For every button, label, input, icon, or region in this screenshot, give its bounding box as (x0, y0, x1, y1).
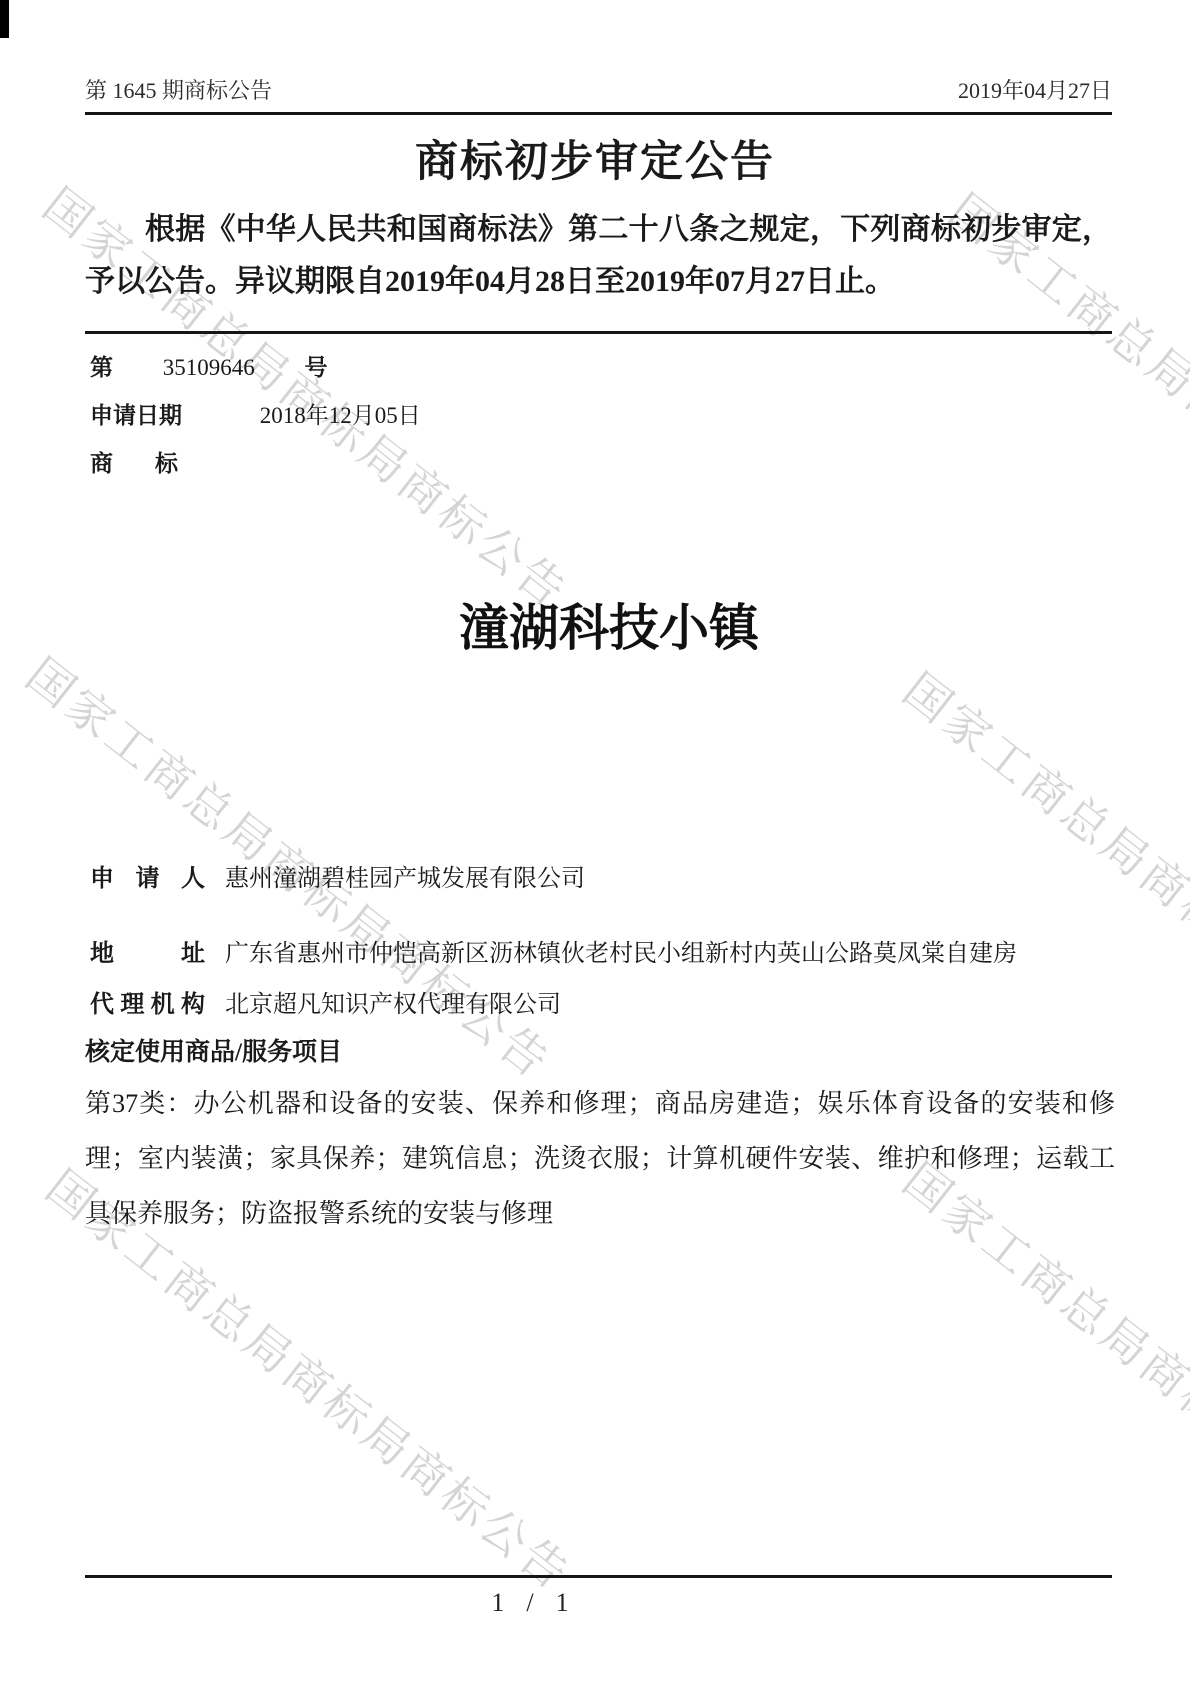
scan-artifact (0, 0, 9, 38)
gazette-page: 国家工商总局商标局商标公告 国家工商总局商标局商标公告 国家工商总局商标局商标公… (0, 0, 1190, 1684)
page-title: 商标初步审定公告 (0, 128, 1190, 189)
registration-suffix: 号 (305, 355, 328, 380)
address-value: 广东省惠州市仲恺高新区沥林镇伙老村民小组新村内英山公路莫凤棠自建房 (225, 941, 1017, 967)
watermark-middle-right: 国家工商总局商标局商标公告 (891, 655, 1190, 1107)
header-divider (85, 112, 1112, 115)
applicant-value: 惠州潼湖碧桂园产城发展有限公司 (225, 866, 585, 892)
total-pages: 1 (556, 1588, 569, 1617)
agency-value: 北京超凡知识产权代理有限公司 (225, 992, 561, 1018)
agency-row: 代理机构 北京超凡知识产权代理有限公司 (90, 984, 561, 1019)
services-text: 第37类：办公机器和设备的安装、保养和修理；商品房建造；娱乐体育设备的安装和修理… (85, 1076, 1115, 1241)
page-separator: / (526, 1588, 533, 1617)
agency-label: 代理机构 (90, 984, 205, 1019)
registration-prefix: 第 (90, 355, 113, 380)
applicant-row: 申请人 惠州潼湖碧桂园产城发展有限公司 (90, 858, 585, 893)
registration-number: 35109646 (163, 355, 255, 380)
current-page: 1 (491, 1588, 504, 1617)
trademark-label: 商标 (90, 445, 178, 478)
apply-date-value: 2018年12月05日 (260, 403, 421, 428)
header-date: 2019年04月27日 (85, 74, 1112, 105)
registration-number-row: 第 35109646 号 (90, 349, 328, 382)
services-heading: 核定使用商品/服务项目 (85, 1032, 342, 1068)
trademark-name: 潼湖科技小镇 (14, 588, 1190, 660)
section-divider (85, 331, 1112, 334)
trademark-label-row: 商标 (90, 445, 178, 478)
apply-date-label: 申请日期 (90, 397, 182, 430)
footer-divider (85, 1575, 1112, 1578)
address-label: 地址 (90, 933, 205, 968)
intro-paragraph: 根据《中华人民共和国商标法》第二十八条之规定，下列商标初步审定，予以公告。异议期… (85, 204, 1112, 308)
applicant-label: 申请人 (90, 858, 205, 893)
apply-date-row: 申请日期 2018年12月05日 (90, 397, 421, 430)
page-indicator: 1/1 (0, 1588, 1060, 1618)
address-row: 地址 广东省惠州市仲恺高新区沥林镇伙老村民小组新村内英山公路莫凤棠自建房 (90, 933, 1017, 968)
